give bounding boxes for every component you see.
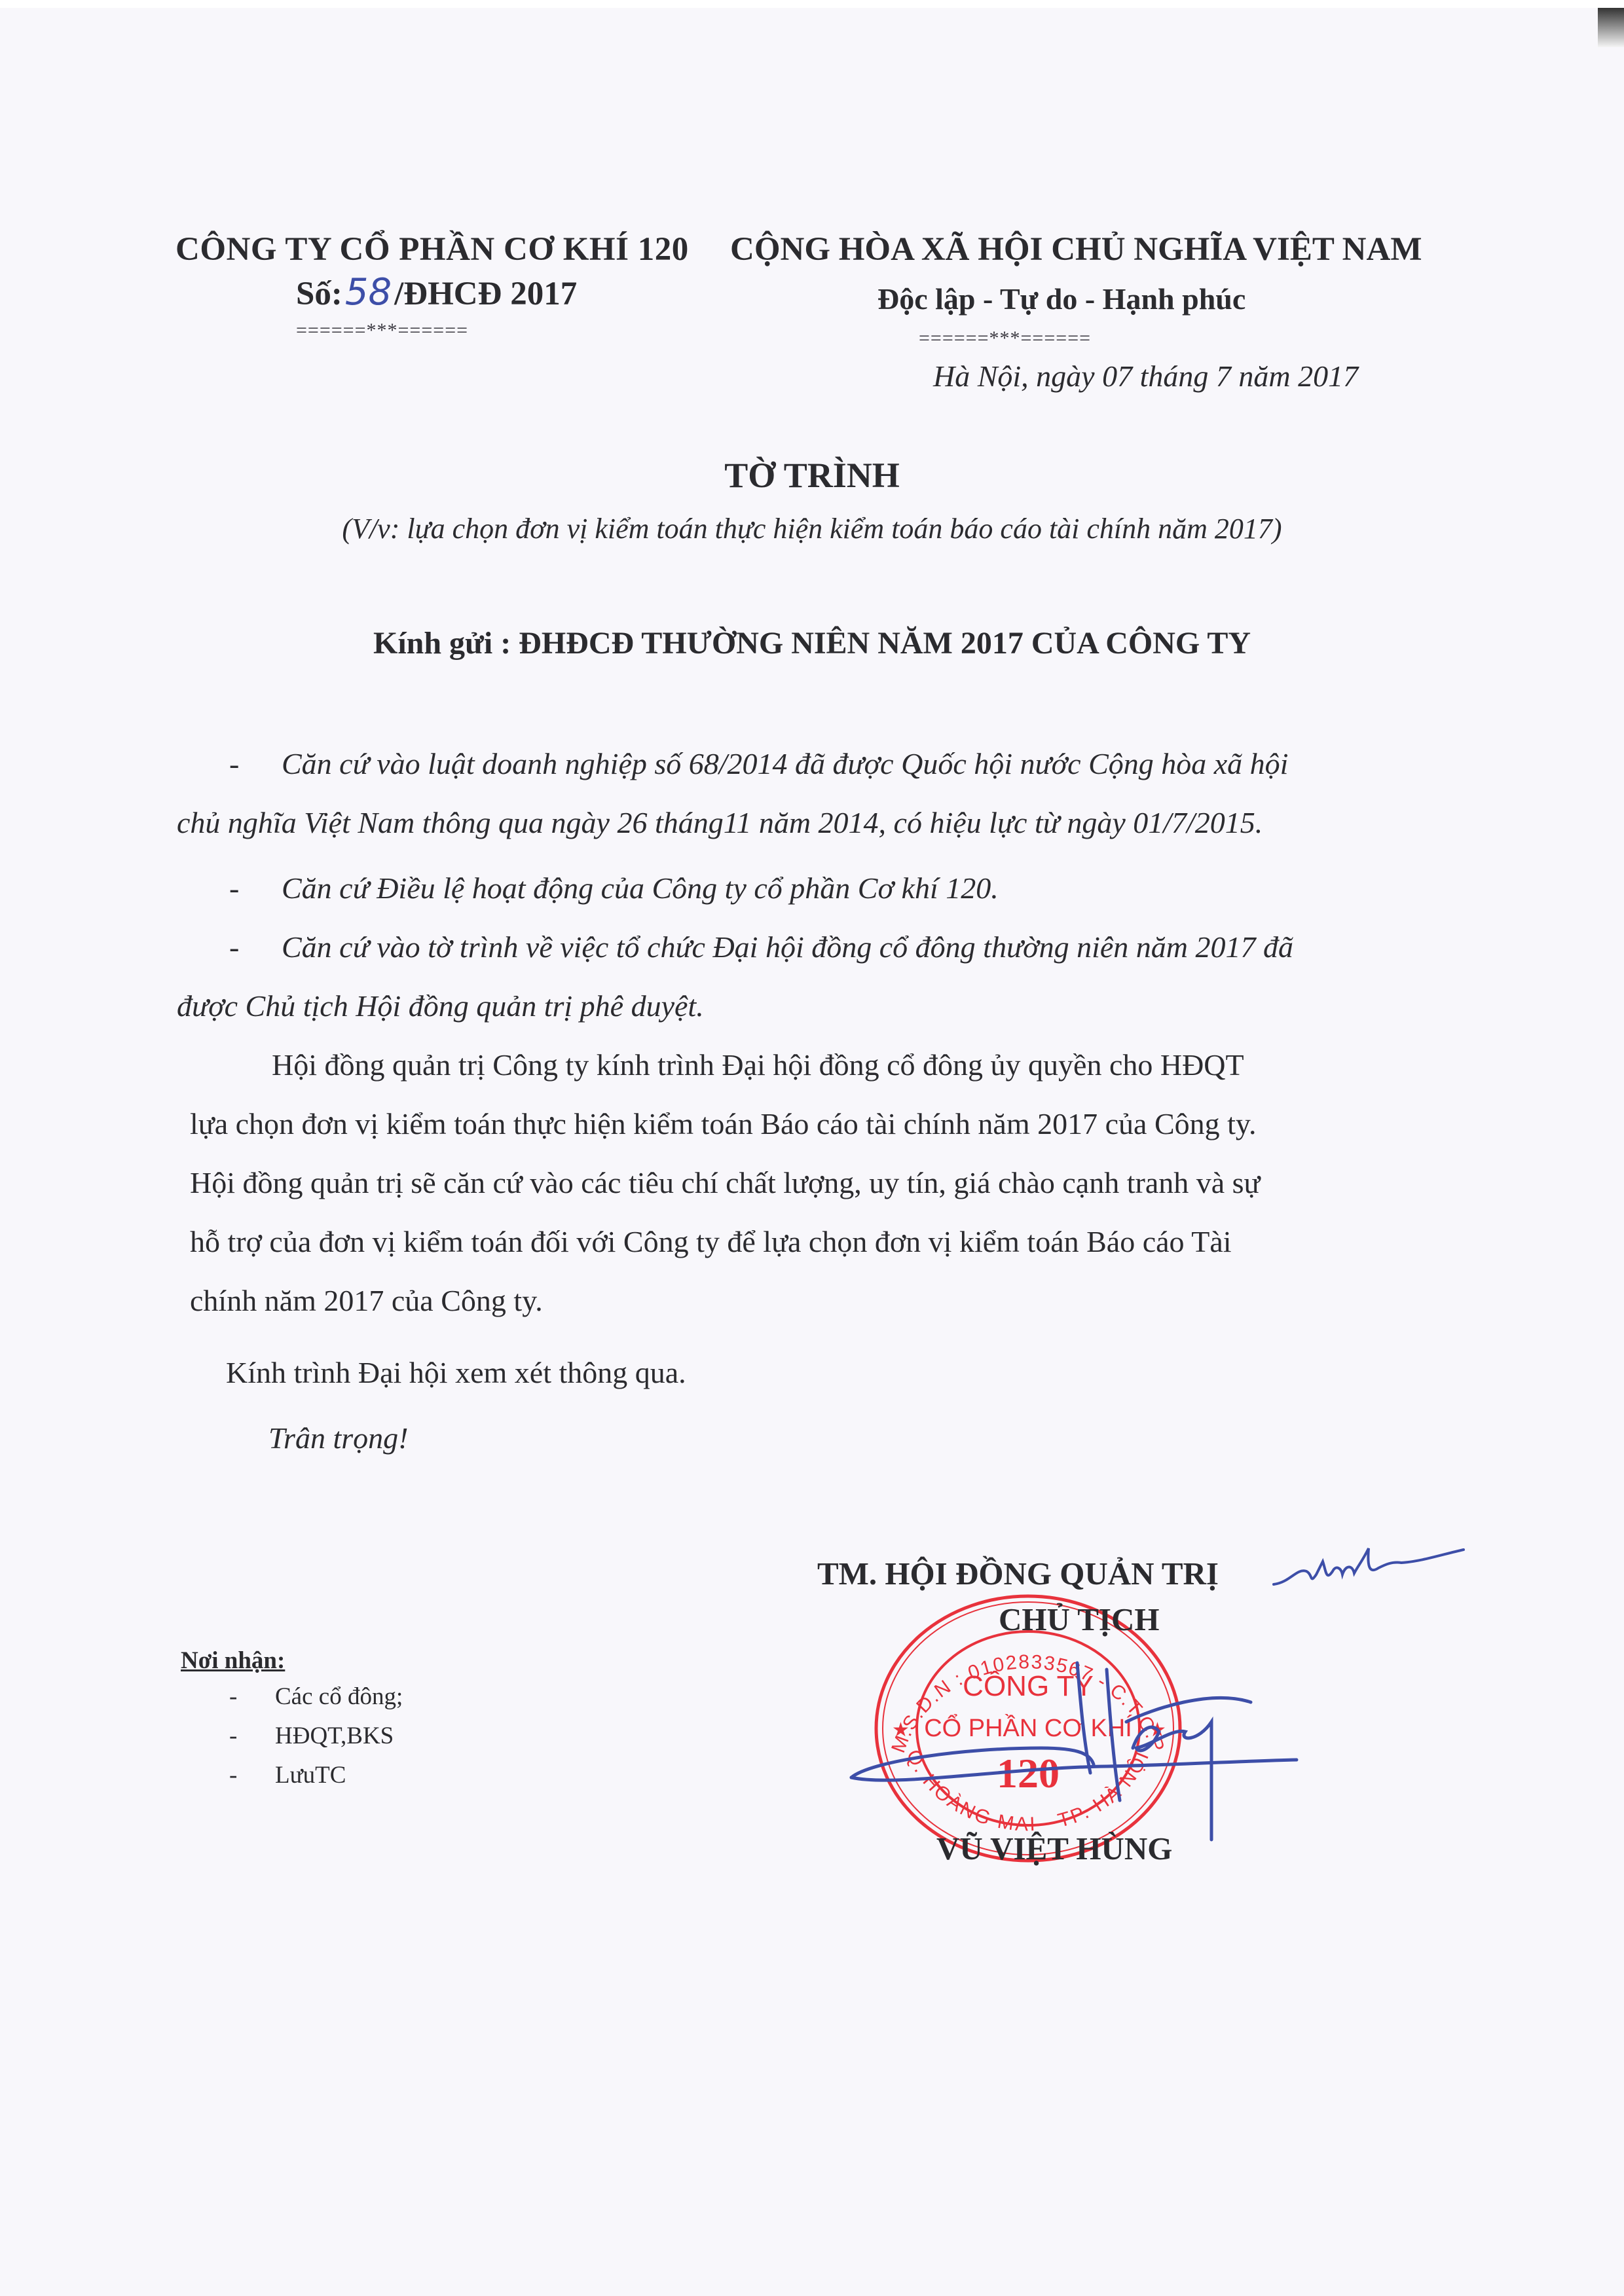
legal-basis-3: -Căn cứ vào tờ trình về việc tổ chức Đại… bbox=[229, 930, 1293, 964]
header-separator-right: ======***====== bbox=[919, 327, 1091, 350]
bullet-dash: - bbox=[229, 1722, 275, 1750]
scan-right-edge bbox=[1598, 8, 1624, 47]
chairman-signature bbox=[845, 1650, 1303, 1866]
document-number-handwritten: 58 bbox=[345, 271, 392, 314]
signature-organization: TM. HỘI ĐỒNG QUẢN TRỊ bbox=[817, 1555, 1219, 1592]
document-subject: (V/v: lựa chọn đơn vị kiểm toán thực hiệ… bbox=[0, 512, 1624, 545]
national-motto: Độc lập - Tự do - Hạnh phúc bbox=[877, 282, 1246, 316]
date-line: Hà Nội, ngày 07 tháng 7 năm 2017 bbox=[933, 359, 1358, 393]
legal-basis-1: -Căn cứ vào luật doanh nghiệp số 68/2014… bbox=[229, 746, 1288, 781]
recipients-heading: Nơi nhận: bbox=[181, 1647, 285, 1675]
bullet-dash: - bbox=[229, 1683, 275, 1711]
bullet-dash: - bbox=[229, 871, 282, 905]
recipient-item: -Các cổ đông; bbox=[229, 1683, 403, 1711]
body-paragraph-line: chính năm 2017 của Công ty. bbox=[190, 1283, 543, 1318]
legal-basis-2: -Căn cứ Điều lệ hoạt động của Công ty cổ… bbox=[229, 871, 999, 905]
document-number-suffix: /ĐHCĐ 2017 bbox=[394, 276, 577, 312]
bullet-dash: - bbox=[229, 930, 282, 964]
body-paragraph-line: Hội đồng quản trị sẽ căn cứ vào các tiêu… bbox=[190, 1165, 1260, 1200]
signature-title: CHỦ TỊCH bbox=[999, 1601, 1160, 1638]
handwritten-signature-icon bbox=[845, 1650, 1303, 1866]
document-number: Số:58/ĐHCĐ 2017 bbox=[296, 271, 577, 314]
recipient-line: Kính gửi : ĐHĐCĐ THƯỜNG NIÊN NĂM 2017 CỦ… bbox=[0, 625, 1624, 661]
body-paragraph-line: Hội đồng quản trị Công ty kính trình Đại… bbox=[272, 1048, 1244, 1082]
company-name: CÔNG TY CỔ PHẦN CƠ KHÍ 120 bbox=[175, 230, 689, 268]
header-separator-left: ======***====== bbox=[296, 319, 468, 342]
bullet-dash: - bbox=[229, 1761, 275, 1789]
recipient-item: -HĐQT,BKS bbox=[229, 1722, 394, 1750]
legal-basis-3-continued: được Chủ tịch Hội đồng quản trị phê duyệ… bbox=[177, 989, 704, 1023]
document-number-prefix: Số: bbox=[296, 276, 342, 312]
closing-line: Kính trình Đại hội xem xét thông qua. bbox=[226, 1355, 686, 1390]
handwritten-initials-icon bbox=[1270, 1535, 1467, 1594]
bullet-dash: - bbox=[229, 746, 282, 781]
initials-signature bbox=[1270, 1535, 1467, 1594]
nation-name: CỘNG HÒA XÃ HỘI CHỦ NGHĨA VIỆT NAM bbox=[730, 230, 1422, 268]
body-paragraph-line: hỗ trợ của đơn vị kiểm toán đối với Công… bbox=[190, 1224, 1232, 1259]
body-paragraph-line: lựa chọn đơn vị kiểm toán thực hiện kiểm… bbox=[190, 1106, 1256, 1141]
regards-line: Trân trọng! bbox=[268, 1421, 408, 1455]
legal-basis-1-continued: chủ nghĩa Việt Nam thông qua ngày 26 thá… bbox=[177, 805, 1263, 840]
scan-top-edge bbox=[0, 0, 1624, 8]
recipient-item: -LưuTC bbox=[229, 1761, 346, 1789]
document-title: TỜ TRÌNH bbox=[0, 455, 1624, 496]
